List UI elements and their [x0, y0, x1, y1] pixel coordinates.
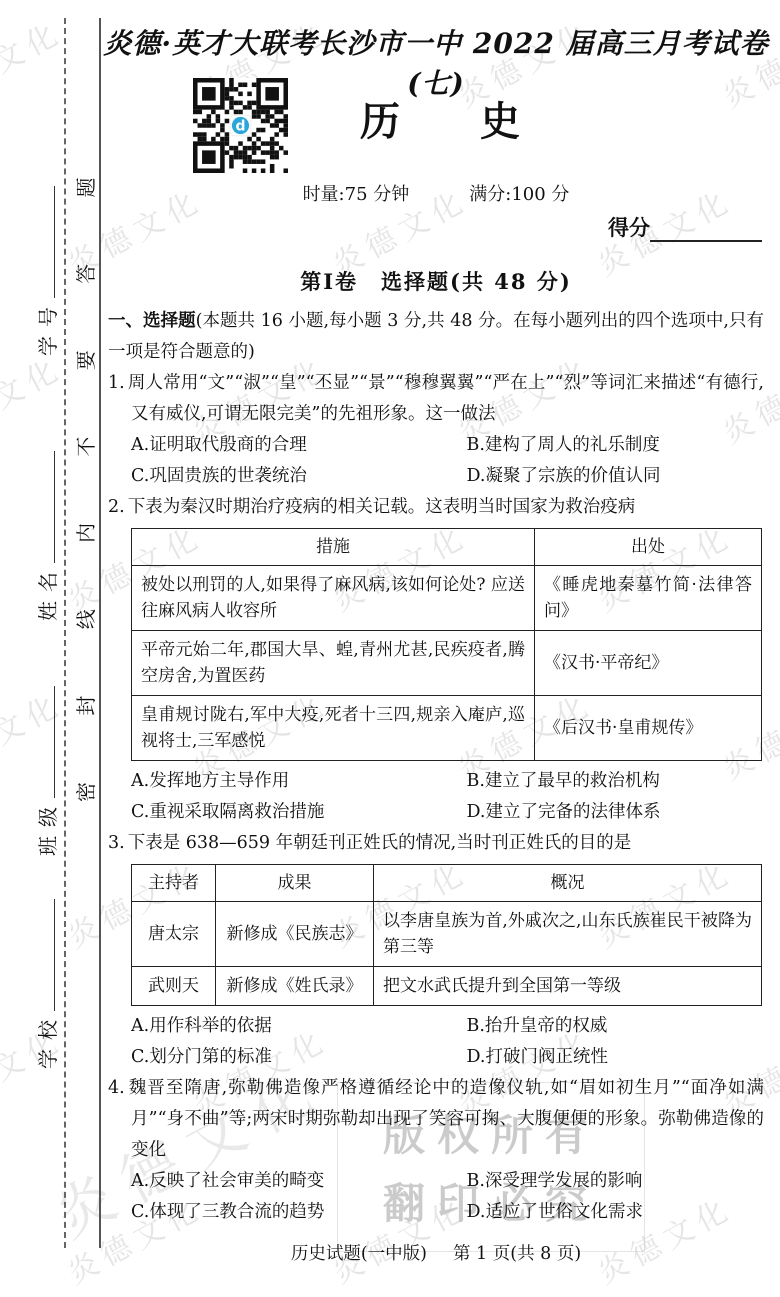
q2-header-measure: 措施	[132, 529, 535, 566]
table-cell: 《后汉书·皇甫规传》	[535, 696, 762, 761]
question-3-text: 下表是 638—659 年朝廷刊正姓氏的情况,当时刊正姓氏的目的是	[128, 833, 632, 853]
section-heading: 第Ⅰ卷 选择题(共 48 分)	[100, 266, 772, 296]
q3-header-overview: 概况	[374, 865, 762, 902]
student-name-label: 姓名	[36, 563, 60, 621]
option: B.深受理学发展的影响	[466, 1166, 764, 1197]
question-1-number: 1.	[108, 373, 128, 393]
option: D.凝聚了宗族的价值认同	[466, 461, 764, 492]
option: C.重视采取隔离救治措施	[131, 797, 466, 828]
table-cell: 唐太宗	[132, 902, 216, 967]
question-4-text: 魏晋至隋唐,弥勒佛造像严格遵循经论中的造像仪轨,如“眉如初生月”“面净如满月”“…	[128, 1078, 764, 1160]
table-cell: 以李唐皇族为首,外戚次之,山东氏族崔民干被降为第三等	[374, 902, 762, 967]
q3-header-presider: 主持者	[132, 865, 216, 902]
option: B.建立了最早的救治机构	[466, 766, 764, 797]
option: B.建构了周人的礼乐制度	[466, 430, 764, 461]
intro-rest: (本题共 16 小题,每小题 3 分,共 48 分。在每小题列出的四个选项中,只…	[108, 311, 764, 362]
question-2-options: A.发挥地方主导作用 B.建立了最早的救治机构 C.重视采取隔离救治措施 D.建…	[108, 766, 764, 828]
table-row: 武则天 新修成《姓氏录》 把文水武氏提升到全国第一等级	[132, 967, 762, 1006]
class-blank	[34, 686, 55, 798]
option: B.抬升皇帝的权威	[466, 1011, 764, 1042]
question-1-stem: 1.周人常用“文”“淑”“皇”“丕显”“景”“穆穆翼翼”“严在上”“烈”等词汇来…	[108, 368, 764, 430]
content-area: 炎德·英才大联考长沙市一中 2022 届高三月考试卷(七) d 历 史 时量:7…	[100, 0, 780, 1297]
section-intro: 一、选择题(本题共 16 小题,每小题 3 分,共 48 分。在每小题列出的四个…	[108, 306, 764, 368]
question-3-options: A.用作科举的依据 B.抬升皇帝的权威 C.划分门第的标准 D.打破门阀正统性	[108, 1011, 764, 1073]
table-row: 唐太宗 新修成《民族志》 以李唐皇族为首,外戚次之,山东氏族崔民干被降为第三等	[132, 902, 762, 967]
q3-table: 主持者 成果 概况 唐太宗 新修成《民族志》 以李唐皇族为首,外戚次之,山东氏族…	[131, 864, 762, 1006]
school-blank	[34, 899, 55, 1011]
table-cell: 皇甫规讨陇右,军中大疫,死者十三四,规亲入庵庐,巡视将士,三军感悦	[132, 696, 535, 761]
table-cell: 平帝元始二年,郡国大旱、蝗,青州尤甚,民疾疫者,腾空房舍,为置医药	[132, 631, 535, 696]
exam-meta: 时量:75 分钟 满分:100 分	[100, 180, 772, 206]
brand-watermark: 炎德文化	[0, 8, 70, 116]
option: C.巩固贵族的世袭统治	[131, 461, 466, 492]
question-4-options: A.反映了社会审美的畸变 B.深受理学发展的影响 C.体现了三教合流的趋势 D.…	[108, 1166, 764, 1228]
full-score-text: 满分:100 分	[469, 180, 569, 206]
table-cell: 新修成《民族志》	[216, 902, 374, 967]
score-box: 得分	[608, 212, 762, 242]
question-4-number: 4.	[108, 1078, 128, 1098]
class-field: 班级	[32, 626, 58, 856]
option: A.反映了社会审美的畸变	[131, 1166, 466, 1197]
exam-page: 炎德文化炎德文化炎德文化炎德文化炎德文化炎德文化炎德文化炎德文化炎德文化炎德文化…	[0, 0, 780, 1297]
student-name-blank	[34, 451, 55, 563]
table-cell: 被处以刑罚的人,如果得了麻风病,该如何论处? 应送往麻风病人收容所	[132, 566, 535, 631]
question-1: 1.周人常用“文”“淑”“皇”“丕显”“景”“穆穆翼翼”“严在上”“烈”等词汇来…	[108, 368, 764, 492]
subject-title: 历 史	[250, 90, 630, 147]
q2-table: 措施 出处 被处以刑罚的人,如果得了麻风病,该如何论处? 应送往麻风病人收容所 …	[131, 528, 762, 761]
option: A.用作科举的依据	[131, 1011, 466, 1042]
student-id-blank	[34, 186, 55, 298]
school-field: 学校	[32, 839, 58, 1069]
option: D.适应了世俗文化需求	[466, 1197, 764, 1228]
question-4-stem: 4.魏晋至隋唐,弥勒佛造像严格遵循经论中的造像仪轨,如“眉如初生月”“面净如满月…	[108, 1073, 764, 1166]
table-row: 被处以刑罚的人,如果得了麻风病,该如何论处? 应送往麻风病人收容所 《睡虎地秦墓…	[132, 566, 762, 631]
option: A.证明取代殷商的合理	[131, 430, 466, 461]
question-2-text: 下表为秦汉时期治疗疫病的相关记载。这表明当时国家为救治疫病	[128, 497, 636, 517]
question-body: 一、选择题(本题共 16 小题,每小题 3 分,共 48 分。在每小题列出的四个…	[108, 306, 764, 1228]
question-1-text: 周人常用“文”“淑”“皇”“丕显”“景”“穆穆翼翼”“严在上”“烈”等词汇来描述…	[128, 373, 764, 424]
option: C.体现了三教合流的趋势	[131, 1197, 466, 1228]
table-row: 平帝元始二年,郡国大旱、蝗,青州尤甚,民疾疫者,腾空房舍,为置医药 《汉书·平帝…	[132, 631, 762, 696]
table-cell: 新修成《姓氏录》	[216, 967, 374, 1006]
table-row: 皇甫规讨陇右,军中大疫,死者十三四,规亲入庵庐,巡视将士,三军感悦 《后汉书·皇…	[132, 696, 762, 761]
question-3: 3.下表是 638—659 年朝廷刊正姓氏的情况,当时刊正姓氏的目的是 主持者 …	[108, 828, 764, 1073]
option: D.打破门阀正统性	[466, 1042, 764, 1073]
svg-text:d: d	[235, 119, 245, 135]
page-footer: 历史试题(一中版) 第 1 页(共 8 页)	[100, 1240, 772, 1265]
score-blank	[650, 221, 762, 242]
table-cell: 《睡虎地秦墓竹简·法律答问》	[535, 566, 762, 631]
option: A.发挥地方主导作用	[131, 766, 466, 797]
student-id-label: 学号	[36, 298, 60, 356]
intro-bold: 一、选择题	[108, 311, 196, 331]
table-cell: 武则天	[132, 967, 216, 1006]
question-2-number: 2.	[108, 497, 128, 517]
question-3-number: 3.	[108, 833, 128, 853]
student-name-field: 姓名	[32, 391, 58, 621]
seal-dashed-line	[64, 18, 66, 1248]
question-3-stem: 3.下表是 638—659 年朝廷刊正姓氏的情况,当时刊正姓氏的目的是	[108, 828, 764, 859]
student-id-field: 学号	[32, 126, 58, 356]
seal-line-text: 密 封 线 内 不 要 答 题	[70, 382, 96, 802]
question-2: 2.下表为秦汉时期治疗疫病的相关记载。这表明当时国家为救治疫病 措施 出处 被处…	[108, 492, 764, 828]
table-cell: 把文水武氏提升到全国第一等级	[374, 967, 762, 1006]
question-1-options: A.证明取代殷商的合理 B.建构了周人的礼乐制度 C.巩固贵族的世袭统治 D.凝…	[108, 430, 764, 492]
table-cell: 《汉书·平帝纪》	[535, 631, 762, 696]
school-label: 学校	[36, 1011, 60, 1069]
score-label: 得分	[608, 212, 650, 242]
option: D.建立了完备的法律体系	[466, 797, 764, 828]
option: C.划分门第的标准	[131, 1042, 466, 1073]
footer-page-number: 第 1 页(共 8 页)	[453, 1240, 581, 1265]
footer-paper-name: 历史试题(一中版)	[291, 1240, 427, 1265]
duration-text: 时量:75 分钟	[303, 180, 410, 206]
question-2-stem: 2.下表为秦汉时期治疗疫病的相关记载。这表明当时国家为救治疫病	[108, 492, 764, 523]
q3-header-result: 成果	[216, 865, 374, 902]
q2-header-source: 出处	[535, 529, 762, 566]
question-4: 4.魏晋至隋唐,弥勒佛造像严格遵循经论中的造像仪轨,如“眉如初生月”“面净如满月…	[108, 1073, 764, 1228]
